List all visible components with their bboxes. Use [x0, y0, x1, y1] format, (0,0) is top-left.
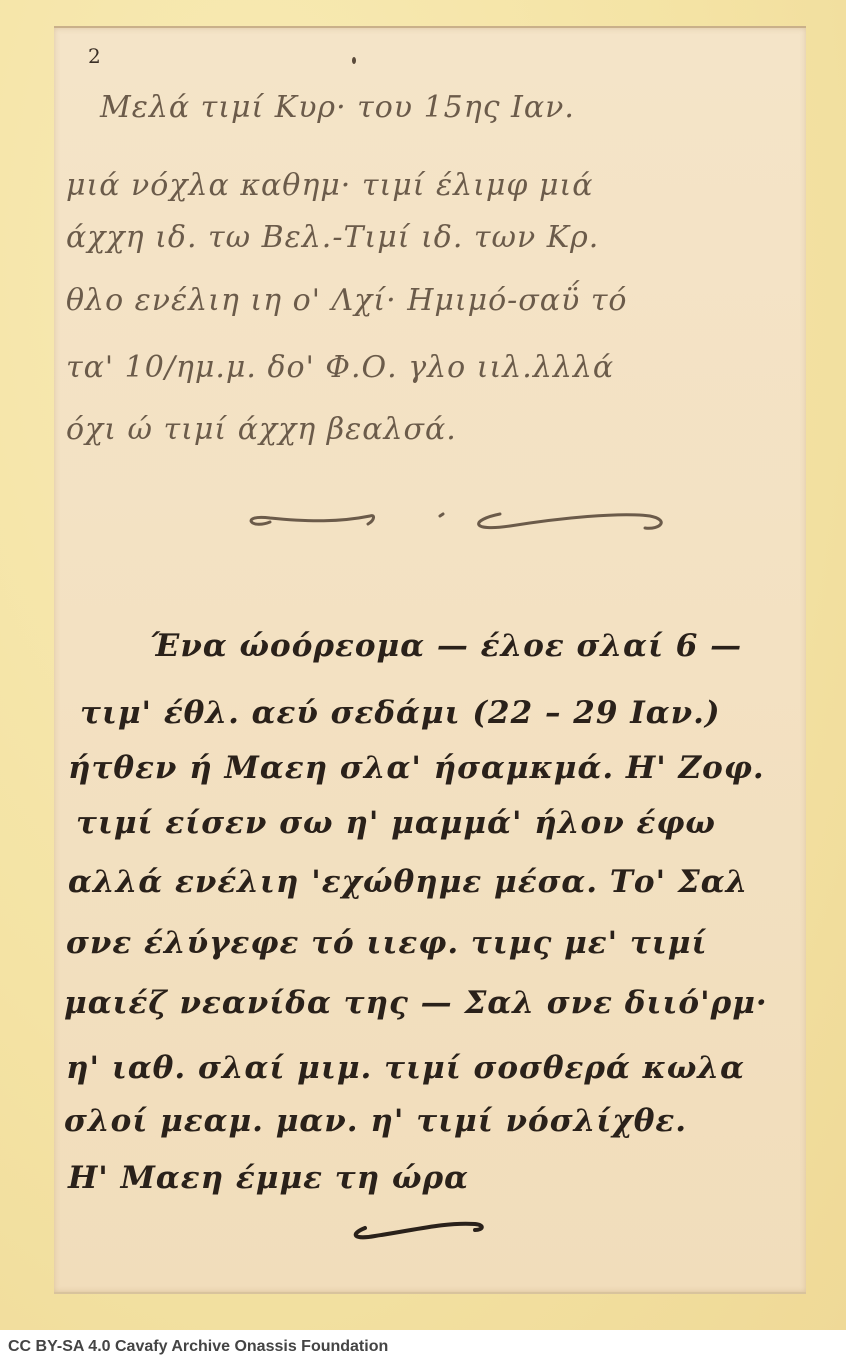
- license-caption: CC BY-SA 4.0 Cavafy Archive Onassis Foun…: [8, 1338, 388, 1356]
- end-flourish: [345, 1212, 490, 1242]
- page-number: 2: [88, 44, 101, 68]
- ink-spot: [352, 57, 356, 64]
- separator-flourish: [240, 500, 670, 540]
